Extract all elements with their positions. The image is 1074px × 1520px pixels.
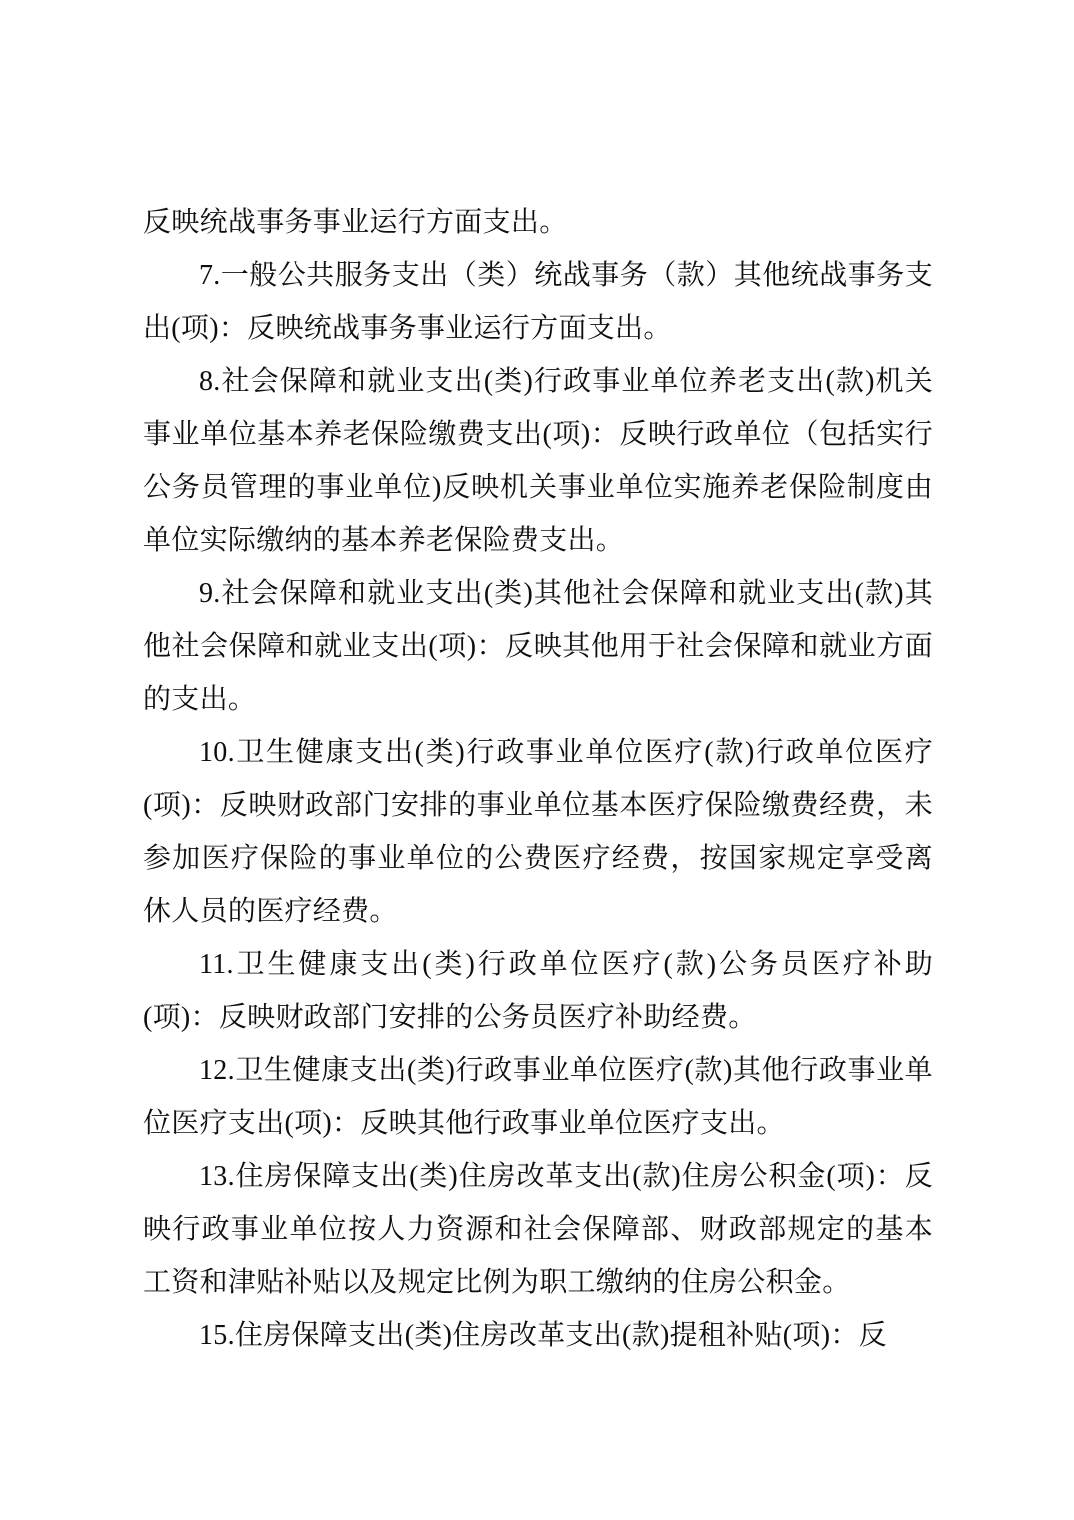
paragraph: 10.卫生健康支出(类)行政事业单位医疗(款)行政单位医疗(项)：反映财政部门安… (143, 726, 933, 938)
document-body: 反映统战事务事业运行方面支出。7.一般公共服务支出（类）统战事务（款）其他统战事… (143, 196, 933, 1362)
paragraph: 12.卫生健康支出(类)行政事业单位医疗(款)其他行政事业单位医疗支出(项)：反… (143, 1044, 933, 1150)
paragraph: 15.住房保障支出(类)住房改革支出(款)提租补贴(项)：反 (143, 1309, 933, 1362)
document-page: 反映统战事务事业运行方面支出。7.一般公共服务支出（类）统战事务（款）其他统战事… (0, 0, 1074, 1520)
paragraph: 7.一般公共服务支出（类）统战事务（款）其他统战事务支出(项)：反映统战事务事业… (143, 249, 933, 355)
paragraph: 9.社会保障和就业支出(类)其他社会保障和就业支出(款)其他社会保障和就业支出(… (143, 567, 933, 726)
paragraph: 11.卫生健康支出(类)行政单位医疗(款)公务员医疗补助(项)：反映财政部门安排… (143, 938, 933, 1044)
paragraph: 反映统战事务事业运行方面支出。 (143, 196, 933, 249)
paragraph: 8.社会保障和就业支出(类)行政事业单位养老支出(款)机关事业单位基本养老保险缴… (143, 355, 933, 567)
paragraph: 13.住房保障支出(类)住房改革支出(款)住房公积金(项)：反映行政事业单位按人… (143, 1150, 933, 1309)
